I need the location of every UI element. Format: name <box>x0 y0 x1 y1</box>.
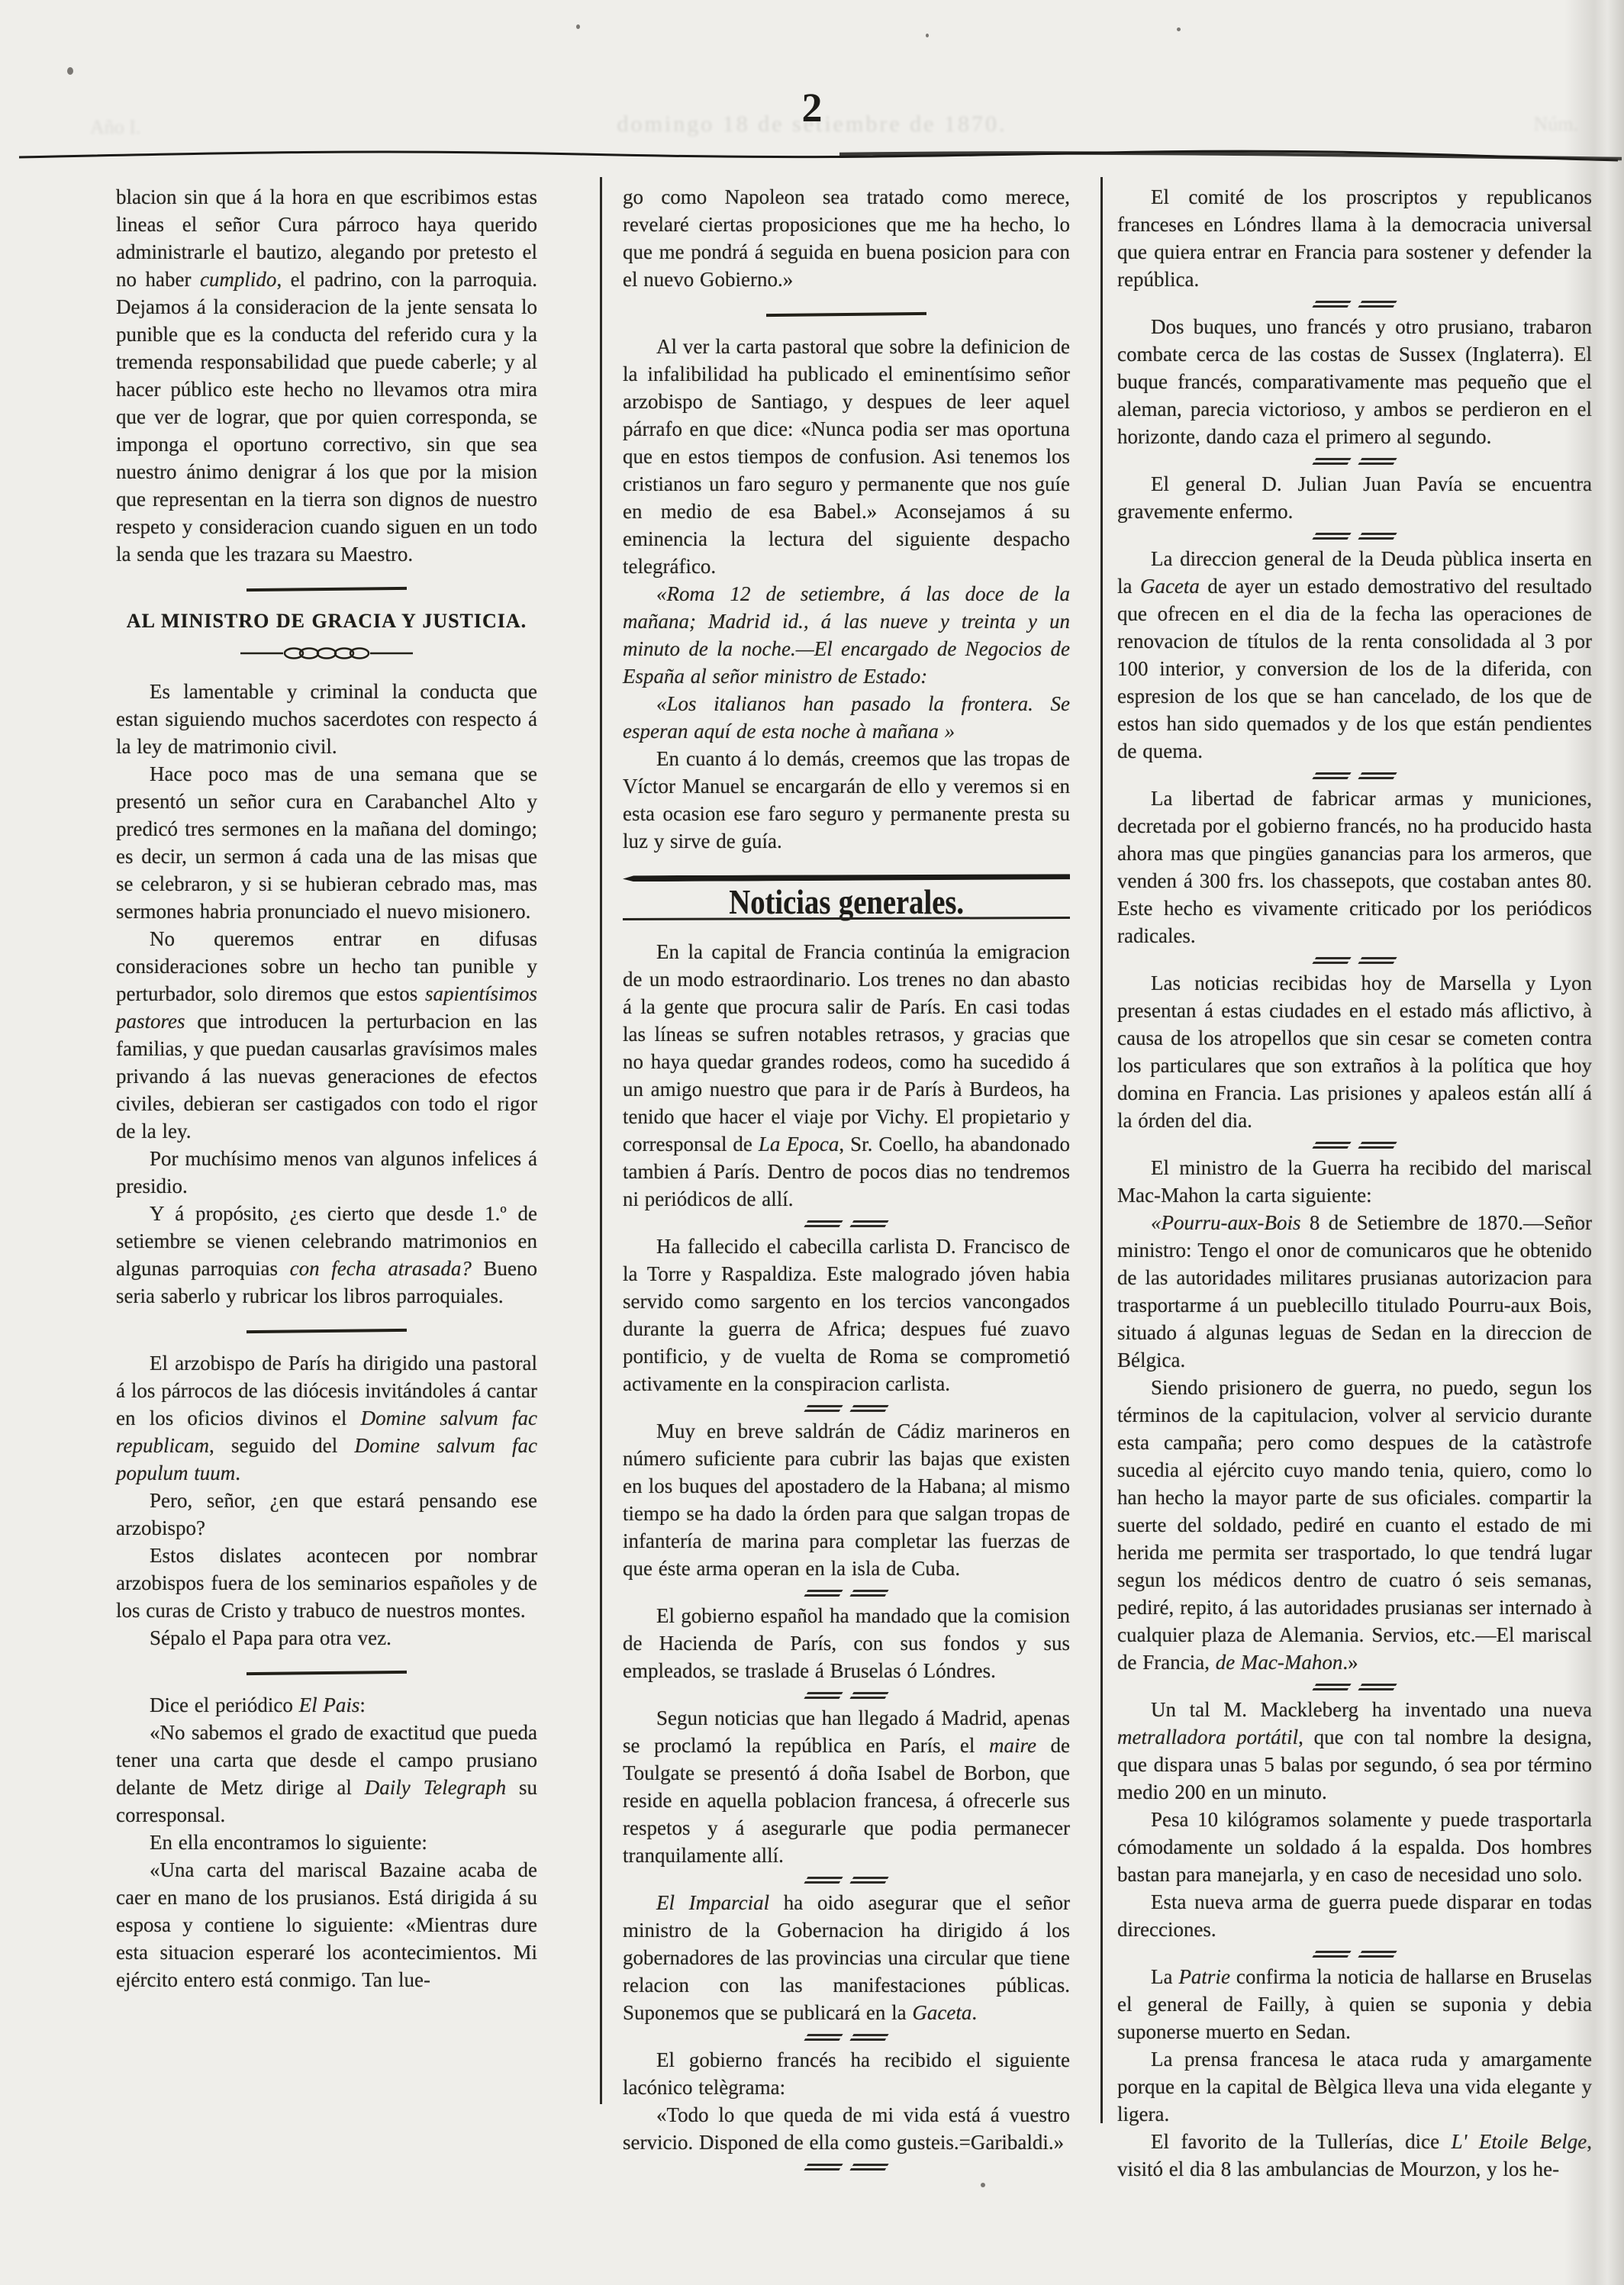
article-paragraph: En ella encontramos lo siguiente: <box>116 1829 537 1856</box>
news-item-paragraph: El gobierno español ha mandado que la co… <box>623 1602 1070 1684</box>
article-paragraph: Dice el periódico El Pais: <box>116 1691 537 1719</box>
ink-speck <box>926 34 929 37</box>
double-dash-icon <box>1117 1139 1592 1150</box>
article-paragraph: Hace poco mas de una semana que se prese… <box>116 760 537 925</box>
news-item-paragraph: Esta nueva arma de guerra puede disparar… <box>1117 1888 1592 1943</box>
double-dash-icon <box>1117 955 1592 965</box>
news-item-paragraph: Muy en breve saldrán de Cádiz marineros … <box>623 1417 1070 1582</box>
page-number: 2 <box>0 84 1624 131</box>
article-separator-rule <box>246 1671 407 1675</box>
newspaper-page-scan: Año I. domingo 18 de setiembre de 1870. … <box>0 0 1624 2285</box>
section-heading: Noticias generales. <box>623 888 1070 916</box>
double-dash-icon <box>623 1587 1070 1598</box>
double-dash-icon <box>1117 530 1592 541</box>
article-paragraph: Sépalo el Papa para otra vez. <box>116 1624 537 1652</box>
article-separator-rule <box>766 312 926 317</box>
double-dash-icon <box>1117 770 1592 781</box>
article-paragraph: En cuanto á lo demás, creemos que las tr… <box>623 745 1070 855</box>
double-dash-icon <box>623 1690 1070 1700</box>
news-item-paragraph: La direccion general de la Deuda pùblica… <box>1117 545 1592 765</box>
scan-edge-shadow <box>1564 0 1624 2285</box>
news-item-paragraph: Las noticias recibidas hoy de Marsella y… <box>1117 969 1592 1134</box>
double-dash-icon <box>623 2032 1070 2042</box>
article-paragraph: Estos dislates acontecen por nombrar arz… <box>116 1542 537 1624</box>
news-item-paragraph: El general D. Julian Juan Pavía se encue… <box>1117 470 1592 525</box>
double-dash-icon <box>623 1874 1070 1885</box>
article-separator-rule <box>246 1329 407 1333</box>
article-paragraph: Es lamentable y criminal la conducta que… <box>116 678 537 760</box>
double-dash-icon <box>1117 298 1592 309</box>
article-paragraph: Y á propósito, ¿es cierto que desde 1.º … <box>116 1200 537 1310</box>
double-dash-icon <box>1117 1681 1592 1692</box>
news-item-paragraph: «Todo lo que queda de mi vida está á vue… <box>623 2101 1070 2156</box>
telegram-paragraph: «Roma 12 de setiembre, á las doce de la … <box>623 580 1070 690</box>
ink-speck <box>981 2183 985 2187</box>
column-3: El comité de los proscriptos y republica… <box>1117 183 1592 2183</box>
section-thick-rule <box>623 874 1070 882</box>
column-divider-rule <box>600 177 602 2104</box>
article-paragraph: blacion sin que á la hora en que escribi… <box>116 183 537 568</box>
chain-ornament-icon <box>116 641 537 659</box>
news-item-paragraph: El comité de los proscriptos y republica… <box>1117 183 1592 293</box>
news-item-paragraph: En la capital de Francia continúa la emi… <box>623 938 1070 1213</box>
article-paragraph: «No sabemos el grado de exactitud que pu… <box>116 1719 537 1829</box>
article-paragraph: go como Napoleon sea tratado como merece… <box>623 183 1070 293</box>
ink-speck <box>576 24 580 29</box>
article-paragraph: «Una carta del mariscal Bazaine acaba de… <box>116 1856 537 1993</box>
column-1: blacion sin que á la hora en que escribi… <box>116 183 537 1993</box>
header-rule <box>0 145 1624 165</box>
double-dash-icon <box>623 1403 1070 1413</box>
news-item-paragraph: El gobierno francés ha recibido el sigui… <box>623 2046 1070 2101</box>
article-heading: AL MINISTRO DE GRACIA Y JUSTICIA. <box>116 608 537 635</box>
article-paragraph: Pero, señor, ¿en que estará pensando ese… <box>116 1487 537 1542</box>
ink-speck <box>67 67 73 75</box>
double-dash-icon <box>1117 1948 1592 1959</box>
news-item-paragraph: Segun noticias que han llegado á Madrid,… <box>623 1704 1070 1869</box>
article-paragraph: Al ver la carta pastoral que sobre la de… <box>623 333 1070 580</box>
news-item-paragraph: Un tal M. Mackleberg ha inventado una nu… <box>1117 1696 1592 1806</box>
column-2: go como Napoleon sea tratado como merece… <box>623 183 1070 2176</box>
news-item-paragraph: La prensa francesa le ataca ruda y amarg… <box>1117 2045 1592 2128</box>
news-item-paragraph: Ha fallecido el cabecilla carlista D. Fr… <box>623 1233 1070 1397</box>
news-item-paragraph: La libertad de fabricar armas y municion… <box>1117 785 1592 949</box>
double-dash-icon <box>623 2161 1070 2172</box>
news-item-paragraph: El ministro de la Guerra ha recibido del… <box>1117 1154 1592 1209</box>
article-paragraph: No queremos entrar en difusas considerac… <box>116 925 537 1145</box>
news-item-paragraph: El Imparcial ha oido asegurar que el señ… <box>623 1889 1070 2026</box>
letter-paragraph: Siendo prisionero de guerra, no puedo, s… <box>1117 1374 1592 1676</box>
telegram-paragraph: «Los italianos han pasado la frontera. S… <box>623 690 1070 745</box>
article-paragraph: El arzobispo de París ha dirigido una pa… <box>116 1349 537 1487</box>
double-dash-icon <box>1117 456 1592 466</box>
news-item-paragraph: El favorito de la Tullerías, dice L' Eto… <box>1117 2128 1592 2183</box>
article-paragraph: Por muchísimo menos van algunos infelice… <box>116 1145 537 1200</box>
double-dash-icon <box>623 1218 1070 1229</box>
news-item-paragraph: Dos buques, uno francés y otro prusiano,… <box>1117 313 1592 450</box>
ink-speck <box>1177 27 1181 31</box>
column-divider-rule <box>1100 177 1103 2123</box>
news-item-paragraph: La Patrie confirma la noticia de hallars… <box>1117 1963 1592 2045</box>
article-separator-rule <box>246 587 407 591</box>
letter-paragraph: «Pourru-aux-Bois 8 de Setiembre de 1870.… <box>1117 1209 1592 1374</box>
news-item-paragraph: Pesa 10 kilógramos solamente y puede tra… <box>1117 1806 1592 1888</box>
